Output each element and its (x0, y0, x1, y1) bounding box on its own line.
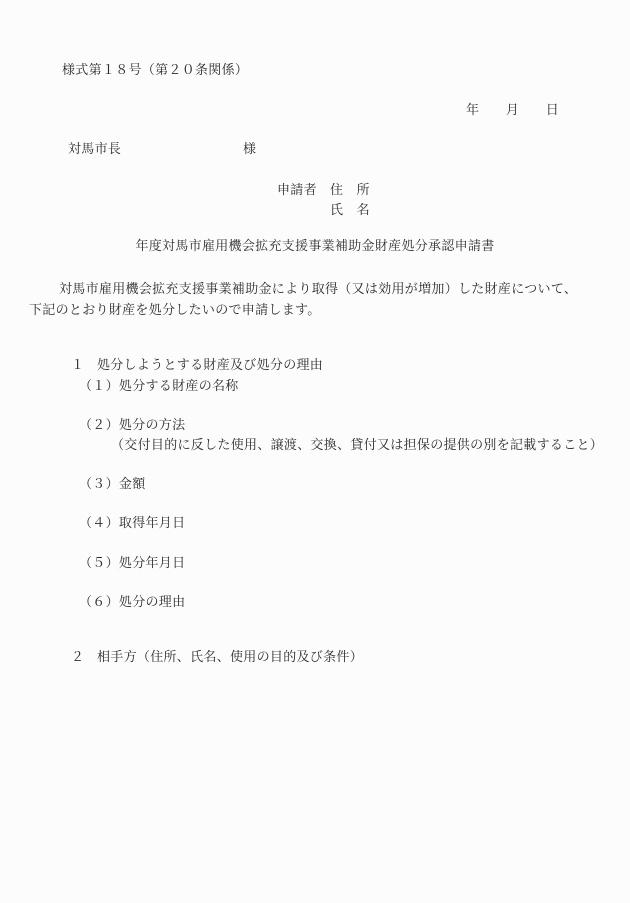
list-item-2-note: （交付目的に反した使用、譲渡、交換、貸付又は担保の提供の別を記載すること） (111, 437, 603, 452)
application-form-document: 様式第１８号（第２０条関係） 年 月 日 対馬市長 様 申請者 住 所 氏 名 … (0, 0, 630, 903)
list-item-6: （６）処分の理由 (79, 594, 185, 609)
section2-heading: 相手方（住所、氏名、使用の目的及び条件） (97, 649, 363, 664)
list-item-1-label: （１） (79, 378, 119, 393)
list-item-4: （４）取得年月日 (79, 515, 185, 530)
list-item-6-label: （６） (79, 594, 119, 609)
list-item-2: （２）処分の方法 (79, 417, 185, 432)
list-item-5-label: （５） (79, 555, 119, 570)
list-item-4-text: 取得年月日 (119, 515, 186, 530)
list-item-5: （５）処分年月日 (79, 555, 185, 570)
list-item-1: （１）処分する財産の名称 (79, 378, 239, 393)
document-title: 年度対馬市雇用機会拡充支援事業補助金財産処分承認申請書 (0, 238, 630, 253)
section2-number: ２ (71, 649, 84, 664)
list-item-1-text: 処分する財産の名称 (119, 378, 239, 393)
body-text-line-2: 下記のとおり財産を処分したいので申請します。 (29, 302, 321, 317)
section1-heading: 処分しようとする財産及び処分の理由 (97, 357, 323, 372)
section1-number: １ (71, 357, 84, 372)
addressee-honorific: 様 (243, 141, 256, 156)
list-item-2-label: （２） (79, 417, 119, 432)
form-number: 様式第１８号（第２０条関係） (62, 62, 248, 77)
applicant-label: 申請者 (277, 182, 317, 197)
list-item-3-label: （３） (79, 476, 119, 491)
date-line: 年 月 日 (466, 102, 559, 117)
body-text-line-1: 対馬市雇用機会拡充支援事業補助金により取得（又は効用が増加）した財産について、 (59, 281, 577, 296)
list-item-3-text: 金額 (119, 476, 146, 491)
applicant-address-label: 住 所 (330, 182, 370, 197)
addressee-name: 対馬市長 (68, 141, 121, 156)
list-item-4-label: （４） (79, 515, 119, 530)
list-item-5-text: 処分年月日 (119, 555, 186, 570)
applicant-name-label: 氏 名 (330, 202, 370, 217)
list-item-6-text: 処分の理由 (119, 594, 186, 609)
list-item-2-text: 処分の方法 (119, 417, 186, 432)
list-item-3: （３）金額 (79, 476, 146, 491)
